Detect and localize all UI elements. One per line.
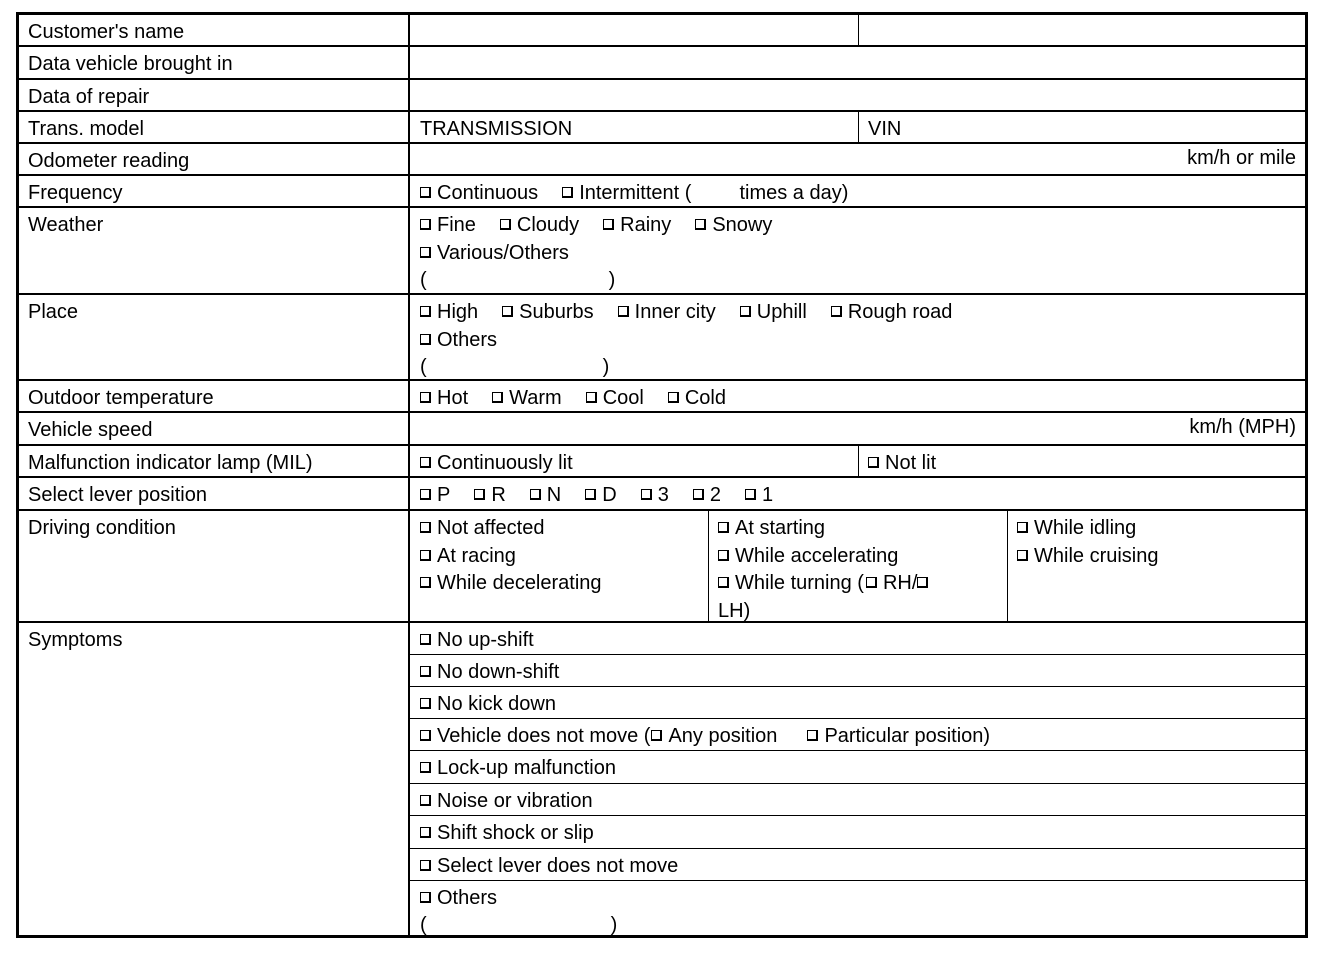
option-at-racing[interactable]: At racing (420, 543, 708, 571)
option-warm[interactable]: Warm (492, 387, 562, 409)
checkbox-icon[interactable] (420, 334, 431, 345)
row-symptoms: Symptoms No up-shift No down-shift No ki… (19, 623, 1305, 935)
option-rough-road[interactable]: Rough road (831, 301, 953, 323)
option-high[interactable]: High (420, 301, 478, 323)
checkbox-icon[interactable] (420, 666, 431, 677)
checkbox-icon[interactable] (740, 306, 751, 317)
checkbox-icon[interactable] (420, 577, 431, 588)
checkbox-icon[interactable] (420, 247, 431, 258)
checkbox-icon[interactable] (420, 762, 431, 773)
checkbox-icon[interactable] (492, 392, 503, 403)
symptom-select-lever-stuck[interactable]: Select lever does not move (410, 849, 1305, 881)
field-odometer[interactable] (410, 144, 1305, 174)
lh-text: LH) (718, 598, 1007, 626)
label-place: Place (19, 295, 410, 379)
checkbox-icon[interactable] (420, 550, 431, 561)
row-outdoor-temperature: Outdoor temperature HotWarmCoolCold (19, 381, 1305, 413)
checkbox-icon[interactable] (420, 860, 431, 871)
option-while-turning[interactable]: While turning (RH/ (718, 570, 1007, 598)
checkbox-icon[interactable] (868, 457, 879, 468)
checkbox-icon[interactable] (866, 577, 877, 588)
checkbox-icon[interactable] (420, 522, 431, 533)
checkbox-icon[interactable] (420, 187, 431, 198)
label-outdoor-temperature: Outdoor temperature (19, 381, 410, 411)
row-driving-condition: Driving condition Not affected At racing… (19, 511, 1305, 623)
option-particular-position[interactable]: Particular position) (824, 725, 990, 747)
option-while-accelerating[interactable]: While accelerating (718, 543, 1007, 571)
label-customer-name: Customer's name (19, 15, 410, 45)
label-date-of-repair: Data of repair (19, 80, 410, 110)
row-trans-model: Trans. model TRANSMISSION VIN (19, 112, 1305, 144)
option-intermittent[interactable]: Intermittent ( (562, 182, 691, 204)
temperature-options: HotWarmCoolCold (410, 381, 1305, 411)
checkbox-icon[interactable] (618, 306, 629, 317)
speed-unit: km/h (MPH) (1189, 416, 1296, 439)
row-select-lever: Select lever position PRND321 (19, 478, 1305, 511)
label-vehicle-speed: Vehicle speed (19, 413, 410, 444)
checkbox-icon[interactable] (693, 489, 704, 500)
times-a-day-text: times a day) (739, 182, 848, 204)
option-hot[interactable]: Hot (420, 387, 468, 409)
option-while-idling[interactable]: While idling (1017, 515, 1305, 543)
checkbox-icon[interactable] (474, 489, 485, 500)
vin-label: VIN (868, 118, 901, 140)
option-uphill[interactable]: Uphill (740, 301, 807, 323)
checkbox-icon[interactable] (420, 795, 431, 806)
checkbox-icon[interactable] (420, 892, 431, 903)
checkbox-icon[interactable] (420, 219, 431, 230)
symptom-lockup-malfunction[interactable]: Lock-up malfunction (410, 751, 1305, 784)
label-driving-condition: Driving condition (19, 511, 410, 621)
field-date-brought-in[interactable] (410, 47, 1305, 78)
label-frequency: Frequency (19, 176, 410, 206)
label-weather: Weather (19, 208, 410, 293)
option-while-cruising[interactable]: While cruising (1017, 543, 1305, 571)
row-odometer: Odometer reading km/h or mile (19, 144, 1305, 176)
lever-options: PRND321 (410, 478, 1305, 509)
symptom-vehicle-does-not-move[interactable]: Vehicle does not move (Any positionParti… (410, 719, 1305, 751)
option-3[interactable]: 3 (641, 484, 669, 506)
label-mil: Malfunction indicator lamp (MIL) (19, 446, 410, 476)
option-n[interactable]: N (530, 484, 561, 506)
checkbox-icon[interactable] (420, 730, 431, 741)
option-snowy[interactable]: Snowy (695, 214, 772, 236)
checkbox-icon[interactable] (530, 489, 541, 500)
checkbox-icon[interactable] (420, 827, 431, 838)
place-options: HighSuburbsInner cityUphillRough road Ot… (410, 295, 1305, 379)
option-not-affected[interactable]: Not affected (420, 515, 708, 543)
driving-col-1: Not affected At racing While deceleratin… (410, 511, 708, 621)
checkbox-icon[interactable] (420, 306, 431, 317)
checkbox-icon[interactable] (718, 550, 729, 561)
checkbox-icon[interactable] (1017, 522, 1028, 533)
checkbox-icon[interactable] (562, 187, 573, 198)
option-1[interactable]: 1 (745, 484, 773, 506)
row-date-of-repair: Data of repair (19, 80, 1305, 112)
row-weather: Weather FineCloudyRainySnowy Various/Oth… (19, 208, 1305, 295)
customer-problem-form: Customer's name Data vehicle brought in … (16, 12, 1308, 938)
checkbox-icon[interactable] (420, 698, 431, 709)
transmission-text: TRANSMISSION (420, 118, 572, 140)
checkbox-icon[interactable] (807, 730, 818, 741)
checkbox-icon[interactable] (502, 306, 513, 317)
checkbox-icon[interactable] (586, 392, 597, 403)
divider (858, 15, 859, 45)
label-symptoms: Symptoms (19, 623, 410, 935)
weather-other-blank[interactable]: () (420, 267, 1305, 295)
place-other-blank[interactable]: () (420, 354, 1305, 382)
option-d[interactable]: D (585, 484, 616, 506)
option-inner-city[interactable]: Inner city (618, 301, 716, 323)
label-date-brought-in: Data vehicle brought in (19, 47, 410, 78)
option-others[interactable]: Others (420, 327, 1305, 355)
checkbox-icon[interactable] (745, 489, 756, 500)
checkbox-icon[interactable] (585, 489, 596, 500)
checkbox-icon[interactable] (695, 219, 706, 230)
symptom-others[interactable]: Others () (410, 881, 1305, 935)
checkbox-icon[interactable] (1017, 550, 1028, 561)
field-vin[interactable]: VIN (858, 112, 1305, 142)
row-mil: Malfunction indicator lamp (MIL) Continu… (19, 446, 1305, 478)
checkbox-icon[interactable] (420, 392, 431, 403)
option-2[interactable]: 2 (693, 484, 721, 506)
symptom-other-blank[interactable]: () (420, 912, 1305, 939)
checkbox-icon[interactable] (420, 457, 431, 468)
checkbox-icon[interactable] (500, 219, 511, 230)
driving-col-3: While idling While cruising (1007, 511, 1305, 621)
label-odometer: Odometer reading (19, 144, 410, 174)
symptom-noise-vibration[interactable]: Noise or vibration (410, 784, 1305, 816)
option-not-lit[interactable]: Not lit (858, 446, 1305, 476)
option-any-position[interactable]: Any position (668, 725, 777, 747)
checkbox-icon[interactable] (641, 489, 652, 500)
symptom-no-downshift[interactable]: No down-shift (410, 655, 1305, 687)
checkbox-icon[interactable] (420, 489, 431, 500)
frequency-options: ContinuousIntermittent (times a day) (410, 176, 1305, 206)
option-at-starting[interactable]: At starting (718, 515, 1007, 543)
checkbox-icon[interactable] (917, 577, 928, 588)
checkbox-icon[interactable] (420, 634, 431, 645)
symptom-no-upshift[interactable]: No up-shift (410, 623, 1305, 655)
label-select-lever: Select lever position (19, 478, 410, 509)
option-r[interactable]: R (474, 484, 505, 506)
option-cold[interactable]: Cold (668, 387, 726, 409)
checkbox-icon[interactable] (831, 306, 842, 317)
option-continuous[interactable]: Continuous (420, 182, 538, 204)
label-trans-model: Trans. model (19, 112, 410, 142)
weather-options: FineCloudyRainySnowy Various/Others () (410, 208, 1305, 293)
row-place: Place HighSuburbsInner cityUphillRough r… (19, 295, 1305, 381)
field-date-of-repair[interactable] (410, 80, 1305, 110)
checkbox-icon[interactable] (603, 219, 614, 230)
checkbox-icon[interactable] (668, 392, 679, 403)
option-cool[interactable]: Cool (586, 387, 644, 409)
row-frequency: Frequency ContinuousIntermittent (times … (19, 176, 1305, 208)
field-vehicle-speed[interactable] (410, 413, 1305, 444)
row-date-brought-in: Data vehicle brought in (19, 47, 1305, 80)
row-customer-name: Customer's name (19, 15, 1305, 47)
symptom-shift-shock-slip[interactable]: Shift shock or slip (410, 816, 1305, 849)
option-cloudy[interactable]: Cloudy (500, 214, 579, 236)
option-various-others[interactable]: Various/Others (420, 240, 1305, 268)
option-suburbs[interactable]: Suburbs (502, 301, 594, 323)
symptom-no-kick-down[interactable]: No kick down (410, 687, 1305, 719)
checkbox-icon[interactable] (651, 730, 662, 741)
option-fine[interactable]: Fine (420, 214, 476, 236)
odometer-unit: km/h or mile (1187, 147, 1296, 170)
checkbox-icon[interactable] (718, 522, 729, 533)
option-p[interactable]: P (420, 484, 450, 506)
checkbox-icon[interactable] (718, 577, 729, 588)
option-rainy[interactable]: Rainy (603, 214, 671, 236)
row-vehicle-speed: Vehicle speed km/h (MPH) (19, 413, 1305, 446)
driving-col-2: At starting While accelerating While tur… (708, 511, 1007, 621)
option-while-decelerating[interactable]: While decelerating (420, 570, 708, 598)
